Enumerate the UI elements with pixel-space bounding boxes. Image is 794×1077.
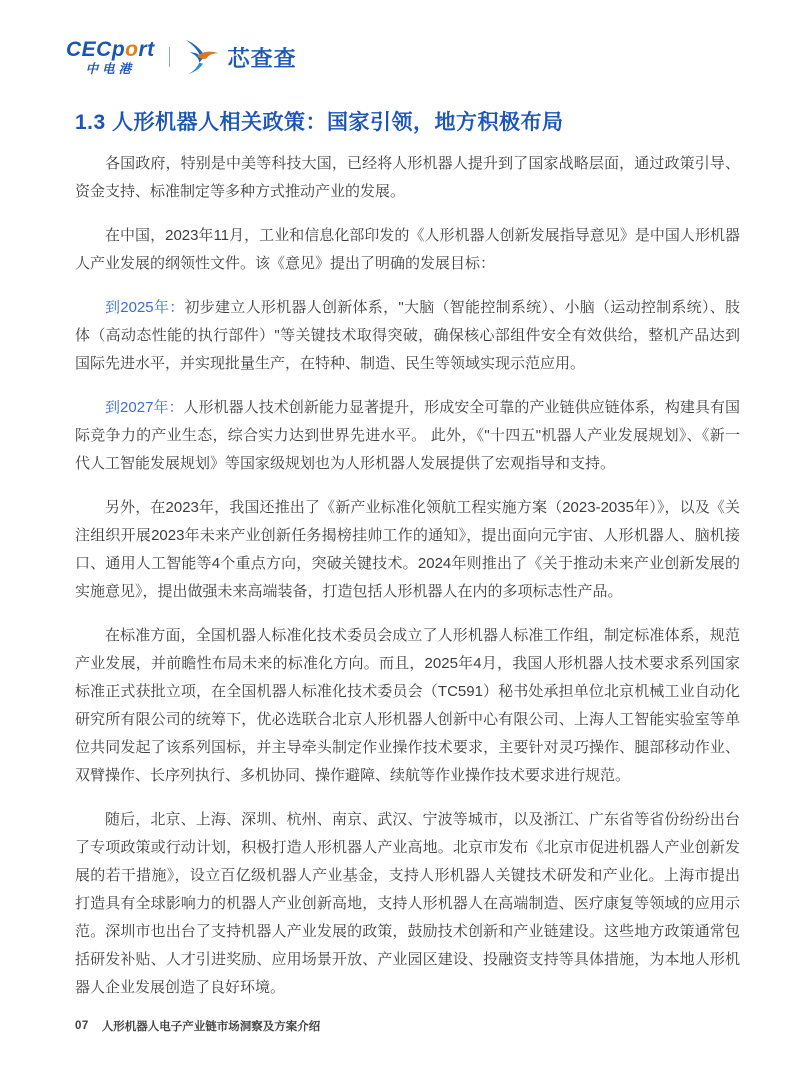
paragraph-7-text: 随后，北京、上海、深圳、杭州、南京、武汉、宁波等城市，以及浙江、广东省等省份纷纷… [75,811,740,996]
paragraph-5: 另外，在2023年，我国还推出了《新产业标准化领航工程实施方案（2023-203… [75,494,740,606]
cecport-text-1: CECp [66,38,125,61]
brand-divider [169,47,170,67]
cecport-logo: CECport 中电港 [66,39,155,76]
footer-title: 人形机器人电子产业链市场洞察及方案介绍 [102,1018,321,1034]
page-number: 07 [75,1020,89,1032]
cecport-text-2: rt [139,38,155,61]
paragraph-5-text: 另外，在2023年，我国还推出了《新产业标准化领航工程实施方案（2023-203… [75,499,740,600]
paragraph-6-text: 在标准方面，全国机器人标准化技术委员会成立了人形机器人标准工作组，制定标准体系，… [75,627,740,784]
paragraph-1: 各国政府，特别是中美等科技大国，已经将人形机器人提升到了国家战略层面，通过政策引… [75,150,740,206]
paragraph-6: 在标准方面，全国机器人标准化技术委员会成立了人形机器人标准工作组，制定标准体系，… [75,622,740,790]
cecport-orange-o: o [125,38,138,61]
header-brandbar: CECport 中电港 芯查查 [66,34,297,80]
body-content: 各国政府，特别是中美等科技大国，已经将人形机器人提升到了国家战略层面，通过政策引… [75,150,740,1018]
paragraph-4: 到2027年：人形机器人技术创新能力显著提升，形成安全可靠的产业链供应链体系，构… [75,394,740,478]
xinchacha-wordmark: 芯查查 [228,42,297,73]
paragraph-3-lead: 到2025年： [105,299,184,316]
paragraph-2: 在中国，2023年11月，工业和信息化部印发的《人形机器人创新发展指导意见》是中… [75,222,740,278]
document-page: CECport 中电港 芯查查 1.3 人形机器人相关政策：国家引领，地方积极布… [0,0,794,1077]
cecport-chinese-name: 中电港 [86,63,136,76]
paragraph-7: 随后，北京、上海、深圳、杭州、南京、武汉、宁波等城市，以及浙江、广东省等省份纷纷… [75,806,740,1002]
xinchacha-logo: 芯查查 [184,38,297,76]
paragraph-2-text: 在中国，2023年11月，工业和信息化部印发的《人形机器人创新发展指导意见》是中… [75,227,740,272]
page-footer: 07 人形机器人电子产业链市场洞察及方案介绍 [75,1018,320,1034]
paragraph-4-lead: 到2027年： [105,399,184,416]
paragraph-1-text: 各国政府，特别是中美等科技大国，已经将人形机器人提升到了国家战略层面，通过政策引… [75,155,740,200]
xinchacha-bird-icon [184,38,222,76]
section-heading: 1.3 人形机器人相关政策：国家引领，地方积极布局 [75,106,740,136]
paragraph-3: 到2025年：初步建立人形机器人创新体系，"大脑（智能控制系统）、小脑（运动控制… [75,294,740,378]
cecport-wordmark: CECport [66,39,155,60]
